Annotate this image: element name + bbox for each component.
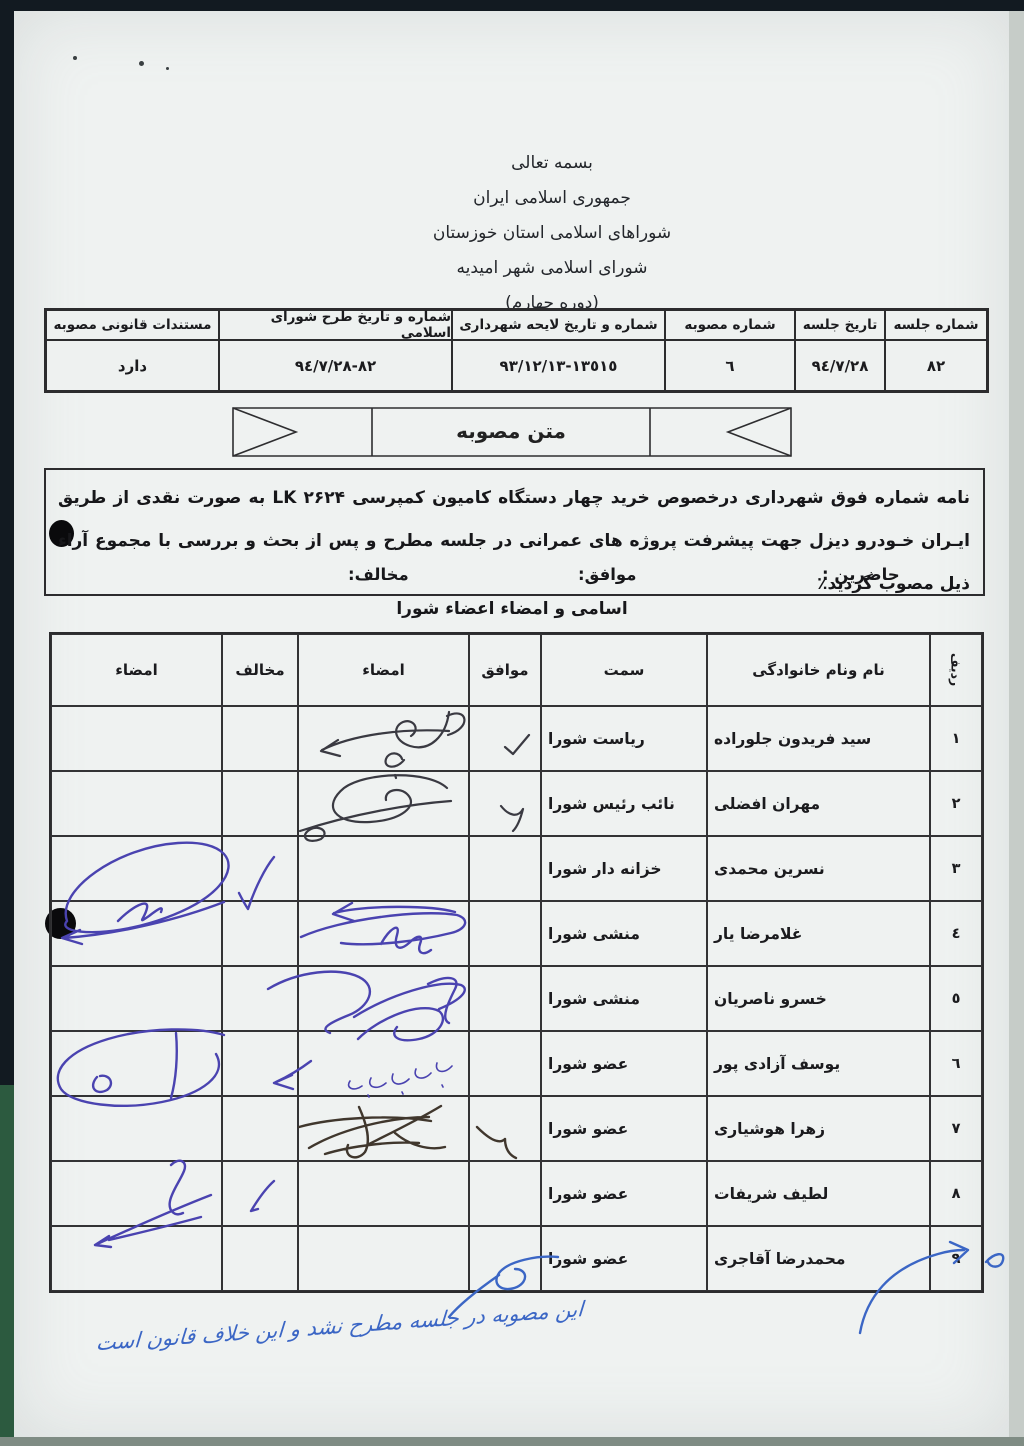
row-7-number: ٧ xyxy=(930,1096,982,1161)
col-header-agree: موافق xyxy=(469,634,541,706)
row-8-name: لطیف شریفات xyxy=(707,1161,930,1226)
info-value-municipality-bill: ٩٣/١٢/١٣-١٣٥١٥ xyxy=(452,340,665,391)
row-8-signature-cell xyxy=(298,1161,469,1226)
scan-speck xyxy=(73,56,77,60)
row-9-name: محمدرضا آقاجری xyxy=(707,1226,930,1291)
row-9-signature-cell xyxy=(298,1226,469,1291)
col-header-signature-b: امضاء xyxy=(51,634,222,706)
row-1-signature-b-cell xyxy=(51,706,222,771)
col-header-position: سمت xyxy=(541,634,707,706)
scan-edge-green xyxy=(0,1085,14,1446)
letterhead-line-city: شورای اسلامی شهر امیدیه xyxy=(292,251,812,286)
letterhead-line-province: شوراهای اسلامی استان خوزستان xyxy=(292,216,812,251)
resolution-info-table: شماره جلسه تاریخ جلسه شماره مصوبه شماره … xyxy=(44,308,989,393)
row-7-against-cell xyxy=(222,1096,298,1161)
row-1-name: سید فریدون جلوراده xyxy=(707,706,930,771)
row-2-against-cell xyxy=(222,771,298,836)
row-9-agree-cell xyxy=(469,1226,541,1291)
row-3-against-cell xyxy=(222,836,298,901)
row-1-number: ١ xyxy=(930,706,982,771)
row-1-signature-cell xyxy=(298,706,469,771)
row-2-name: مهران افضلی xyxy=(707,771,930,836)
row-4-against-cell xyxy=(222,901,298,966)
info-value-council-plan: ٩٤/٧/٢٨-٨٢ xyxy=(219,340,452,391)
row-8-against-cell xyxy=(222,1161,298,1226)
row-6-name: یوسف آزادی پور xyxy=(707,1031,930,1096)
scan-speck xyxy=(166,67,169,70)
row-5-signature-cell xyxy=(298,966,469,1031)
row-2-number: ٢ xyxy=(930,771,982,836)
row-4-signature-cell xyxy=(298,901,469,966)
row-1-position: ریاست شورا xyxy=(541,706,707,771)
row-8-signature-b-cell xyxy=(51,1161,222,1226)
row-2-agree-cell xyxy=(469,771,541,836)
info-header-resolution-no: شماره مصوبه xyxy=(665,310,795,340)
row-5-signature-b-cell xyxy=(51,966,222,1031)
letterhead-line-country: جمهوری اسلامی ایران xyxy=(292,181,812,216)
members-section-title: اسامی و امضاء اعضاء شورا xyxy=(352,599,672,619)
row-7-agree-cell xyxy=(469,1096,541,1161)
row-9-signature-b-cell xyxy=(51,1226,222,1291)
row-3-agree-cell xyxy=(469,836,541,901)
row-3-signature-cell xyxy=(298,836,469,901)
col-header-name: نام ونام خانوادگی xyxy=(707,634,930,706)
row-4-signature-b-cell xyxy=(51,901,222,966)
col-header-row-no: ردیف xyxy=(930,634,982,706)
col-header-signature-a: امضاء xyxy=(298,634,469,706)
against-label: مخالف: xyxy=(348,565,409,584)
row-2-signature-b-cell xyxy=(51,771,222,836)
members-table: ردیف نام ونام خانوادگی سمت موافق امضاء م… xyxy=(49,632,984,1293)
ribbon-left-chevron xyxy=(233,408,296,456)
row-1-against-cell xyxy=(222,706,298,771)
row-5-agree-cell xyxy=(469,966,541,1031)
info-header-municipality-bill: شماره و تاریخ لایحه شهرداری xyxy=(452,310,665,340)
row-2-position: نائب رئیس شورا xyxy=(541,771,707,836)
info-header-session-no: شماره جلسه xyxy=(885,310,987,340)
scan-edge-bottom xyxy=(0,1437,1024,1446)
row-9-number: ٩ xyxy=(930,1226,982,1291)
row-8-position: عضو شورا xyxy=(541,1161,707,1226)
resolution-body-text: نامه شماره فوق شهرداری درخصوص خرید چهار … xyxy=(58,477,970,606)
row-6-position: عضو شورا xyxy=(541,1031,707,1096)
row-3-name: نسرین محمدی xyxy=(707,836,930,901)
row-6-number: ٦ xyxy=(930,1031,982,1096)
document-letterhead: بسمه تعالی جمهوری اسلامی ایران شوراهای ا… xyxy=(292,146,812,321)
info-header-session-date: تاریخ جلسه xyxy=(795,310,885,340)
info-value-legal-docs: دارد xyxy=(46,340,219,391)
row-5-name: خسرو ناصریان xyxy=(707,966,930,1031)
row-7-signature-cell xyxy=(298,1096,469,1161)
row-4-position: منشی شورا xyxy=(541,901,707,966)
info-value-session-no: ٨٢ xyxy=(885,340,987,391)
row-3-position: خزانه دار شورا xyxy=(541,836,707,901)
present-label: حاضرین : xyxy=(822,565,900,584)
ribbon-title: متن مصوبه xyxy=(372,408,650,454)
scan-speck xyxy=(139,61,144,66)
info-value-session-date: ٩٤/٧/٢٨ xyxy=(795,340,885,391)
info-value-resolution-no: ٦ xyxy=(665,340,795,391)
row-5-number: ٥ xyxy=(930,966,982,1031)
scanned-document: بسمه تعالی جمهوری اسلامی ایران شوراهای ا… xyxy=(0,0,1024,1446)
row-7-name: زهرا هوشیاری xyxy=(707,1096,930,1161)
row-9-position: عضو شورا xyxy=(541,1226,707,1291)
row-5-against-cell xyxy=(222,966,298,1031)
info-header-council-plan: شماره و تاریخ طرح شورای اسلامی xyxy=(219,310,452,340)
row-4-name: غلامرضا یار xyxy=(707,901,930,966)
row-no-label: ردیف xyxy=(949,653,964,686)
letterhead-line-basmala: بسمه تعالی xyxy=(292,146,812,181)
row-8-number: ٨ xyxy=(930,1161,982,1226)
row-6-signature-b-cell xyxy=(51,1031,222,1096)
row-4-number: ٤ xyxy=(930,901,982,966)
row-6-agree-cell xyxy=(469,1031,541,1096)
row-3-number: ٣ xyxy=(930,836,982,901)
row-7-position: عضو شورا xyxy=(541,1096,707,1161)
row-7-signature-b-cell xyxy=(51,1096,222,1161)
row-5-position: منشی شورا xyxy=(541,966,707,1031)
info-header-legal-docs: مستندات قانونی مصوبه xyxy=(46,310,219,340)
row-6-signature-cell xyxy=(298,1031,469,1096)
scan-edge-right xyxy=(1009,11,1024,1437)
row-1-agree-cell xyxy=(469,706,541,771)
agree-label: موافق: xyxy=(578,565,637,584)
col-header-against: مخالف xyxy=(222,634,298,706)
row-2-signature-cell xyxy=(298,771,469,836)
row-9-against-cell xyxy=(222,1226,298,1291)
row-4-agree-cell xyxy=(469,901,541,966)
row-8-agree-cell xyxy=(469,1161,541,1226)
row-3-signature-b-cell xyxy=(51,836,222,901)
ribbon-right-chevron xyxy=(728,408,791,456)
row-6-against-cell xyxy=(222,1031,298,1096)
